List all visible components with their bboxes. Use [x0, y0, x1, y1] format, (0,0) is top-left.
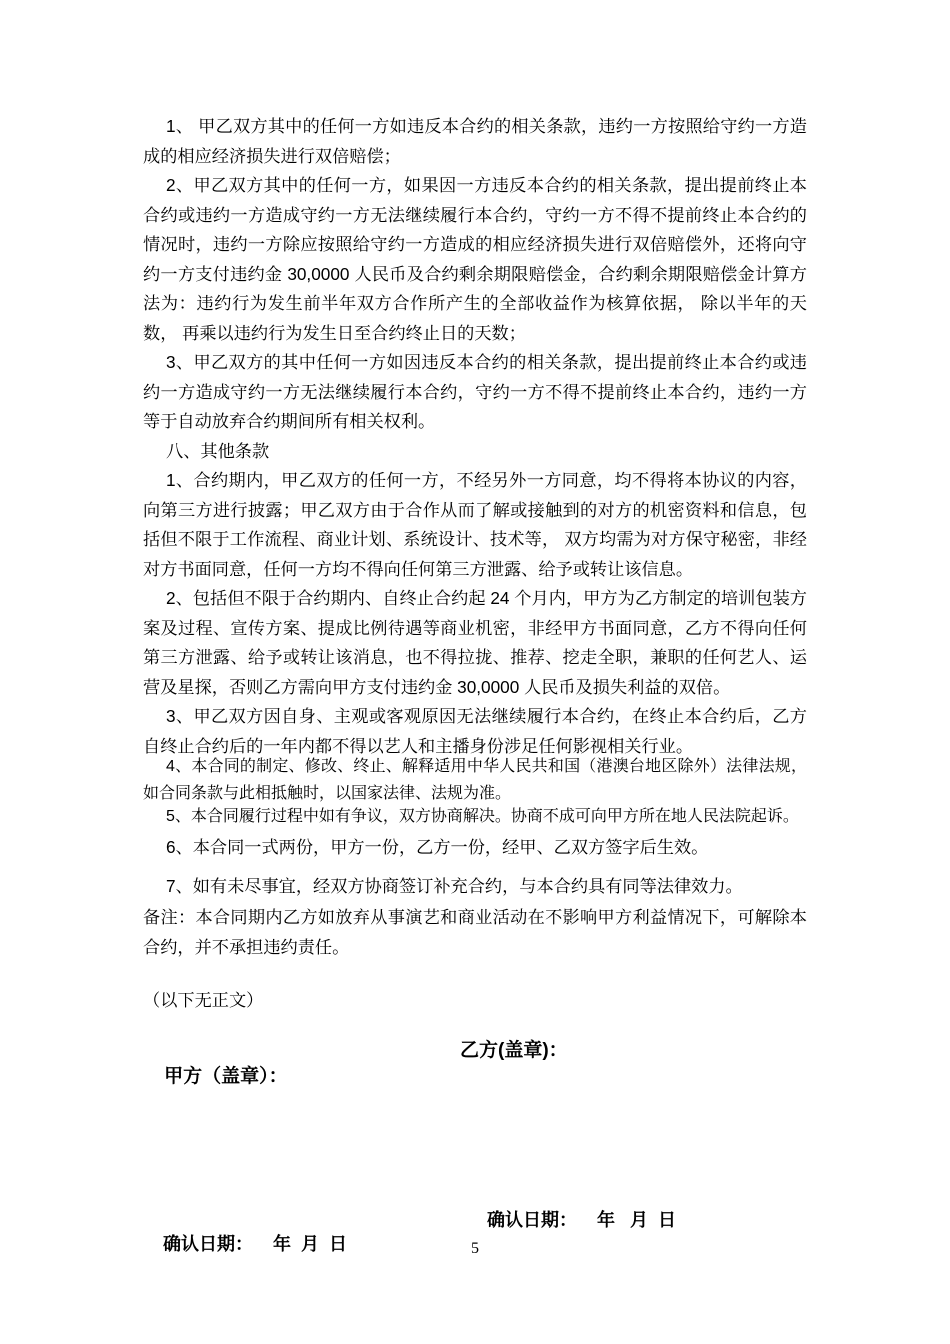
- other-clause-5: 5、本合同履行过程中如有争议，双方协商解决。协商不成可向甲方所在地人民法院起诉。: [143, 803, 807, 830]
- seal-signature-row: 甲方（盖章）： 乙方(盖章)：: [143, 1038, 807, 1142]
- other-clause-4: 4、本合同的制定、修改、终止、解释适用中华人民共和国（港澳台地区除外）法律法规，…: [143, 753, 807, 807]
- page-number: 5: [0, 1240, 950, 1258]
- other-clause-2: 2、包括但不限于合约期内、自终止合约起 24 个月内，甲方为乙方制定的培训包装方…: [143, 584, 807, 702]
- breach-clause-3: 3、甲乙双方的其中任何一方如因违反本合约的相关条款，提出提前终止本合约或违约一方…: [143, 348, 807, 437]
- end-of-text-marker: （以下无正文）: [143, 986, 807, 1016]
- party-a-seal-label: 甲方（盖章）：: [164, 1066, 288, 1087]
- other-clause-1: 1、合约期内，甲乙双方的任何一方，不经另外一方同意，均不得将本协议的内容，向第三…: [143, 466, 807, 584]
- party-b-seal-label: 乙方(盖章)：: [460, 1038, 568, 1064]
- breach-clause-1: 1、 甲乙双方其中的任何一方如违反本合约的相关条款，违约一方按照给守约一方造成的…: [143, 112, 807, 171]
- remark-note: 备注：本合同期内乙方如放弃从事演艺和商业活动在不影响甲方利益情况下，可解除本合约…: [143, 903, 807, 962]
- contract-page-5: { "page": { "number": "5" }, "colors": {…: [0, 0, 950, 1344]
- other-clause-7: 7、如有未尽事宜，经双方协商签订补充合约，与本合约具有同等法律效力。: [143, 872, 807, 902]
- confirm-date-b-label: 确认日期： 年 月 日: [487, 1208, 676, 1232]
- breach-clause-2: 2、甲乙双方其中的任何一方，如果因一方违反本合约的相关条款，提出提前终止本合约或…: [143, 171, 807, 348]
- section-heading-other-terms: 八、其他条款: [143, 437, 807, 467]
- contract-body: 1、 甲乙双方其中的任何一方如违反本合约的相关条款，违约一方按照给守约一方造成的…: [143, 112, 807, 1304]
- other-clause-6: 6、本合同一式两份，甲方一份，乙方一份，经甲、乙双方签字后生效。: [143, 833, 807, 863]
